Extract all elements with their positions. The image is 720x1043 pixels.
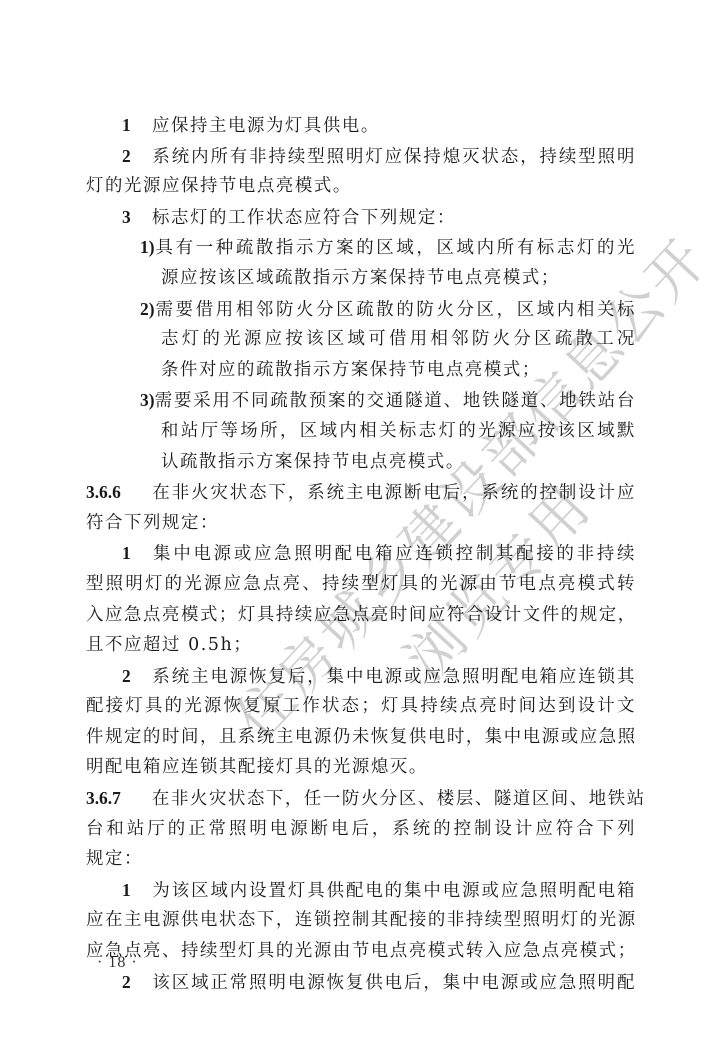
clause-3-6-6-item-2-line-2: 配接灯具的光源恢复原工作状态；灯具持续点亮时间达到设计文 <box>86 691 636 722</box>
clause-3-6-6-item-1-line-3: 入应急点亮模式；灯具持续应急点亮时间应符合设计文件的规定， <box>86 600 636 631</box>
clause-number: 3.6.6 <box>86 477 152 508</box>
subitem-3-line-1: 3)需要采用不同疏散预案的交通隧道、地铁隧道、地铁站台 <box>86 385 636 416</box>
subitem-2-line-3: 条件对应的疏散指示方案保持节电点亮模式； <box>86 355 636 386</box>
item-number: 3 <box>122 202 152 233</box>
item-number: 2 <box>122 661 152 692</box>
clause-3-6-7-line-1: 3.6.7在非火灾状态下，任一防火分区、楼层、隧道区间、地铁站 <box>86 783 636 814</box>
clause-3-6-6-item-1-line-2: 型照明灯的光源应急点亮、持续型灯具的光源由节电点亮模式转 <box>86 569 636 600</box>
item-text: 标志灯的工作状态应符合下列规定： <box>152 208 456 228</box>
item-text: 系统主电源恢复后，集中电源或应急照明配电箱应连锁其 <box>152 667 636 687</box>
subitem-text: 需要借用相邻防火分区疏散的防火分区，区域内相关标 <box>155 300 637 320</box>
clause-3-6-6-item-1-line-4: 且不应超过 0.5h； <box>86 630 636 661</box>
item-number: 2 <box>122 141 152 172</box>
subitem-2-line-2: 志灯的光源应按该区域可借用相邻防火分区疏散工况 <box>86 324 636 355</box>
item-number: 1 <box>122 875 152 906</box>
clause-3-6-7-item-1-line-2: 应在主电源供电状态下，连锁控制其配接的非持续型照明灯的光源 <box>86 905 636 936</box>
item-text: 为该区域内设置灯具供配电的集中电源或应急照明配电箱 <box>152 881 636 901</box>
item-number: 1 <box>122 110 152 141</box>
item-text: 系统内所有非持续型照明灯应保持熄灭状态，持续型照明 <box>152 147 636 167</box>
subitem-number: 1) <box>140 232 155 263</box>
item-text: 集中电源或应急照明配电箱应连锁控制其配接的非持续 <box>152 544 636 564</box>
clause-3-6-7-line-3: 规定： <box>86 844 636 875</box>
item-number: 1 <box>122 538 152 569</box>
subitem-text: 具有一种疏散指示方案的区域，区域内所有标志灯的光 <box>155 238 637 258</box>
subitem-number: 2) <box>140 294 155 325</box>
clause-3-6-6-line-1: 3.6.6在非火灾状态下，系统主电源断电后，系统的控制设计应 <box>86 477 636 508</box>
clause-number: 3.6.7 <box>86 783 152 814</box>
subitem-3-line-3: 认疏散指示方案保持节电点亮模式。 <box>86 447 636 478</box>
clause-3-6-7-item-2-line-1: 2该区域正常照明电源恢复供电后，集中电源或应急照明配 <box>86 967 636 998</box>
clause-3-6-7-line-2: 台和站厅的正常照明电源断电后，系统的控制设计应符合下列 <box>86 814 636 845</box>
subitem-1-line-2: 源应按该区域疏散指示方案保持节电点亮模式； <box>86 263 636 294</box>
clause-3-6-6-line-2: 符合下列规定： <box>86 508 636 539</box>
clause-3-6-6-item-2-line-3: 件规定的时间，且系统主电源仍未恢复供电时，集中电源或应急照 <box>86 722 636 753</box>
subitem-text: 需要采用不同疏散预案的交通隧道、地铁隧道、地铁站台 <box>155 391 637 411</box>
item-2-line-1: 2系统内所有非持续型照明灯应保持熄灭状态，持续型照明 <box>86 141 636 172</box>
page-number: · 18 · <box>97 954 138 972</box>
subitem-number: 3) <box>140 385 155 416</box>
item-text: 该区域正常照明电源恢复供电后，集中电源或应急照明配 <box>152 973 636 993</box>
clause-text: 在非火灾状态下，系统主电源断电后，系统的控制设计应 <box>152 483 636 503</box>
document-page: 1应保持主电源为灯具供电。 2系统内所有非持续型照明灯应保持熄灭状态，持续型照明… <box>86 110 636 997</box>
clause-3-6-6-item-1-line-1: 1集中电源或应急照明配电箱应连锁控制其配接的非持续 <box>86 538 636 569</box>
clause-3-6-6-item-2-line-1: 2系统主电源恢复后，集中电源或应急照明配电箱应连锁其 <box>86 661 636 692</box>
clause-text: 在非火灾状态下，任一防火分区、楼层、隧道区间、地铁站 <box>152 789 646 809</box>
subitem-1-line-1: 1)具有一种疏散指示方案的区域，区域内所有标志灯的光 <box>86 232 636 263</box>
subitem-3-line-2: 和站厅等场所，区域内相关标志灯的光源应按该区域默 <box>86 416 636 447</box>
clause-3-6-7-item-1-line-3: 应急点亮、持续型灯具的光源由节电点亮模式转入应急点亮模式； <box>86 936 636 967</box>
subitem-2-line-1: 2)需要借用相邻防火分区疏散的防火分区，区域内相关标 <box>86 294 636 325</box>
item-3: 3标志灯的工作状态应符合下列规定： <box>86 202 636 233</box>
item-text: 应保持主电源为灯具供电。 <box>152 116 380 136</box>
item-2-line-2: 灯的光源应保持节电点亮模式。 <box>86 171 636 202</box>
clause-3-6-6-item-2-line-4: 明配电箱应连锁其配接灯具的光源熄灭。 <box>86 752 636 783</box>
clause-3-6-7-item-1-line-1: 1为该区域内设置灯具供配电的集中电源或应急照明配电箱 <box>86 875 636 906</box>
item-1: 1应保持主电源为灯具供电。 <box>86 110 636 141</box>
